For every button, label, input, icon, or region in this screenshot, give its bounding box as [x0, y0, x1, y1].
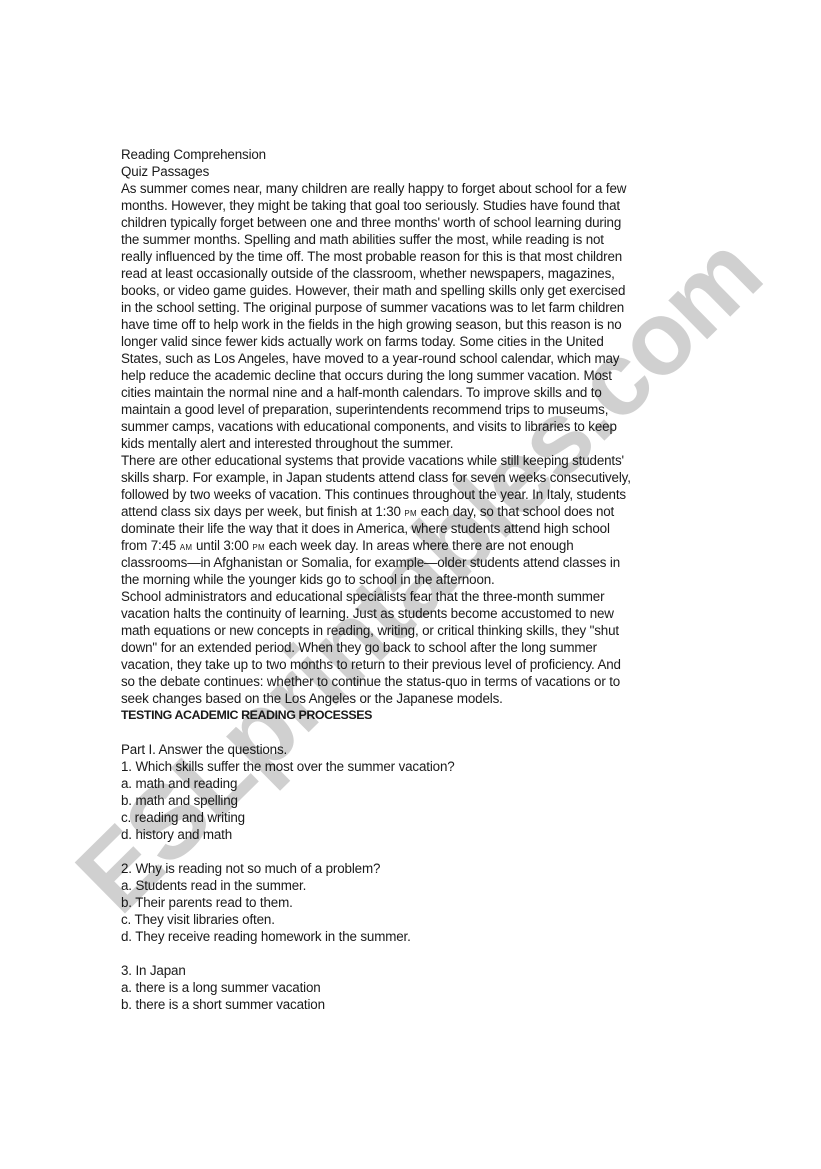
passage-line: help reduce the academic decline that oc… — [121, 367, 721, 384]
passage-line: read at least occasionally outside of th… — [121, 265, 721, 282]
passage-line: down" for an extended period. When they … — [121, 639, 721, 656]
pm-marker: PM — [404, 509, 417, 518]
spacer — [121, 724, 721, 741]
passage-line: really influenced by the time off. The m… — [121, 248, 721, 265]
passage-line: vacation, they take up to two months to … — [121, 656, 721, 673]
passage-line: longer valid since fewer kids actually w… — [121, 333, 721, 350]
question-3: 3. In Japan a. there is a long summer va… — [121, 962, 721, 1013]
passage-line: cities maintain the normal nine and a ha… — [121, 384, 721, 401]
passage-line: books, or video game guides. However, th… — [121, 282, 721, 299]
pm-marker: PM — [252, 543, 265, 552]
question-1: 1. Which skills suffer the most over the… — [121, 758, 721, 843]
document-title: Reading Comprehension — [121, 146, 721, 163]
passage-text: each day, so that school does not — [417, 504, 614, 519]
passage-line: dominate their life the way that it does… — [121, 520, 721, 537]
passage-line: so the debate continues: whether to cont… — [121, 673, 721, 690]
passage-line: seek changes based on the Los Angeles or… — [121, 690, 721, 707]
answer-option: b. there is a short summer vacation — [121, 996, 721, 1013]
question-text: 1. Which skills suffer the most over the… — [121, 758, 721, 775]
question-text: 2. Why is reading not so much of a probl… — [121, 860, 721, 877]
passage-line: summer camps, vacations with educational… — [121, 418, 721, 435]
passage-text: until 3:00 — [192, 538, 252, 553]
passage-line: children typically forget between one an… — [121, 214, 721, 231]
passage-line: in the school setting. The original purp… — [121, 299, 721, 316]
passage-line: months. However, they might be taking th… — [121, 197, 721, 214]
passage-line: States, such as Los Angeles, have moved … — [121, 350, 721, 367]
passage-text: from 7:45 — [121, 538, 180, 553]
reading-passage: As summer comes near, many children are … — [121, 180, 721, 707]
passage-line: kids mentally alert and interested throu… — [121, 435, 721, 452]
section-heading: TESTING ACADEMIC READING PROCESSES — [121, 707, 721, 724]
passage-line: vacation halts the continuity of learnin… — [121, 605, 721, 622]
passage-line: math equations or new concepts in readin… — [121, 622, 721, 639]
worksheet-page: Reading Comprehension Quiz Passages As s… — [121, 146, 721, 1013]
question-text: 3. In Japan — [121, 962, 721, 979]
passage-line: the morning while the younger kids go to… — [121, 571, 721, 588]
answer-option: a. Students read in the summer. — [121, 877, 721, 894]
passage-line-times: from 7:45 AM until 3:00 PM each week day… — [121, 537, 721, 554]
answer-option: c. reading and writing — [121, 809, 721, 826]
passage-line: the summer months. Spelling and math abi… — [121, 231, 721, 248]
questions-section: Part I. Answer the questions. 1. Which s… — [121, 741, 721, 1013]
answer-option: d. history and math — [121, 826, 721, 843]
passage-line: followed by two weeks of vacation. This … — [121, 486, 721, 503]
spacer — [121, 843, 721, 860]
passage-line: As summer comes near, many children are … — [121, 180, 721, 197]
passage-line: There are other educational systems that… — [121, 452, 721, 469]
passage-text: attend class six days per week, but fini… — [121, 504, 404, 519]
answer-option: a. math and reading — [121, 775, 721, 792]
passage-line: School administrators and educational sp… — [121, 588, 721, 605]
passage-line: have time off to help work in the fields… — [121, 316, 721, 333]
answer-option: b. math and spelling — [121, 792, 721, 809]
answer-option: a. there is a long summer vacation — [121, 979, 721, 996]
answer-option: c. They visit libraries often. — [121, 911, 721, 928]
passage-text: each week day. In areas where there are … — [265, 538, 573, 553]
document-subtitle: Quiz Passages — [121, 163, 721, 180]
answer-option: b. Their parents read to them. — [121, 894, 721, 911]
am-marker: AM — [180, 543, 193, 552]
passage-line-italy: attend class six days per week, but fini… — [121, 503, 721, 520]
passage-line: classrooms—in Afghanistan or Somalia, fo… — [121, 554, 721, 571]
answer-option: d. They receive reading homework in the … — [121, 928, 721, 945]
passage-line: skills sharp. For example, in Japan stud… — [121, 469, 721, 486]
question-2: 2. Why is reading not so much of a probl… — [121, 860, 721, 945]
spacer — [121, 945, 721, 962]
passage-line: maintain a good level of preparation, su… — [121, 401, 721, 418]
part-instruction: Part I. Answer the questions. — [121, 741, 721, 758]
